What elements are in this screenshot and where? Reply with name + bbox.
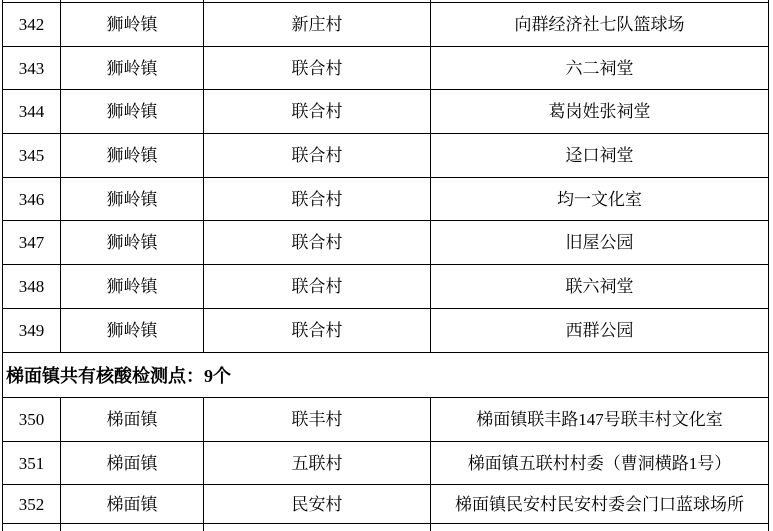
row-number-cell: 343 (2, 47, 61, 90)
section-header-row: 梯面镇共有核酸检测点：9个 (2, 353, 769, 398)
town-cell: 狮岭镇 (61, 47, 204, 90)
table-row: 342 狮岭镇 新庄村 向群经济社七队篮球场 (2, 3, 769, 47)
table-row: 346 狮岭镇 联合村 均一文化室 (2, 178, 769, 222)
village-cell: 联丰村 (204, 398, 431, 441)
site-cell: 六二祠堂 (431, 47, 769, 90)
table-row: 347 狮岭镇 联合村 旧屋公园 (2, 221, 769, 265)
table-row: 344 狮岭镇 联合村 葛岗姓张祠堂 (2, 90, 769, 134)
village-cell: 民安村 (204, 485, 431, 523)
village-cell: 新庄村 (204, 3, 431, 46)
table-row: 349 狮岭镇 联合村 西群公园 (2, 309, 769, 354)
row-number-cell (2, 524, 61, 531)
site-cell (431, 524, 769, 531)
row-number-cell: 351 (2, 442, 61, 485)
site-cell: 均一文化室 (431, 178, 769, 221)
row-number-cell: 350 (2, 398, 61, 441)
site-cell: 西群公园 (431, 309, 769, 353)
town-cell: 梯面镇 (61, 442, 204, 485)
site-cell: 葛岗姓张祠堂 (431, 90, 769, 133)
town-cell: 梯面镇 (61, 485, 204, 523)
table-row: 348 狮岭镇 联合村 联六祠堂 (2, 265, 769, 309)
site-cell: 向群经济社七队篮球场 (431, 3, 769, 46)
site-cell: 旧屋公园 (431, 221, 769, 264)
town-cell: 狮岭镇 (61, 221, 204, 264)
town-cell (61, 524, 204, 531)
table-row: 351 梯面镇 五联村 梯面镇五联村村委（曹洞横路1号） (2, 442, 769, 486)
town-cell (61, 0, 204, 2)
row-number-cell: 352 (2, 485, 61, 523)
site-cell: 联六祠堂 (431, 265, 769, 308)
village-cell: 联合村 (204, 47, 431, 90)
row-number-cell: 347 (2, 221, 61, 264)
row-number-cell: 342 (2, 3, 61, 46)
town-cell: 狮岭镇 (61, 134, 204, 177)
row-number-cell (2, 0, 61, 2)
table-row: 345 狮岭镇 联合村 迳口祠堂 (2, 134, 769, 178)
section-header-label: 梯面镇共有核酸检测点：9个 (2, 353, 769, 397)
row-number-cell: 346 (2, 178, 61, 221)
row-number-cell: 344 (2, 90, 61, 133)
village-cell: 联合村 (204, 134, 431, 177)
town-cell: 狮岭镇 (61, 90, 204, 133)
site-cell (431, 0, 769, 2)
village-cell (204, 0, 431, 2)
testing-sites-table: 342 狮岭镇 新庄村 向群经济社七队篮球场 343 狮岭镇 联合村 六二祠堂 … (2, 0, 769, 531)
site-cell: 梯面镇民安村民安村委会门口蓝球场所 (431, 485, 769, 523)
site-cell: 梯面镇五联村村委（曹洞横路1号） (431, 442, 769, 485)
table-row: 352 梯面镇 民安村 梯面镇民安村民安村委会门口蓝球场所 (2, 485, 769, 524)
village-cell: 联合村 (204, 265, 431, 308)
row-number-cell: 349 (2, 309, 61, 353)
site-cell: 梯面镇联丰路147号联丰村文化室 (431, 398, 769, 441)
village-cell (204, 524, 431, 531)
row-number-cell: 348 (2, 265, 61, 308)
town-cell: 狮岭镇 (61, 309, 204, 353)
partial-row-bottom (2, 524, 769, 531)
village-cell: 联合村 (204, 309, 431, 353)
town-cell: 梯面镇 (61, 398, 204, 441)
village-cell: 五联村 (204, 442, 431, 485)
site-cell: 迳口祠堂 (431, 134, 769, 177)
village-cell: 联合村 (204, 178, 431, 221)
town-cell: 狮岭镇 (61, 3, 204, 46)
row-number-cell: 345 (2, 134, 61, 177)
village-cell: 联合村 (204, 221, 431, 264)
town-cell: 狮岭镇 (61, 178, 204, 221)
town-cell: 狮岭镇 (61, 265, 204, 308)
table-row: 350 梯面镇 联丰村 梯面镇联丰路147号联丰村文化室 (2, 398, 769, 442)
village-cell: 联合村 (204, 90, 431, 133)
table-row: 343 狮岭镇 联合村 六二祠堂 (2, 47, 769, 91)
